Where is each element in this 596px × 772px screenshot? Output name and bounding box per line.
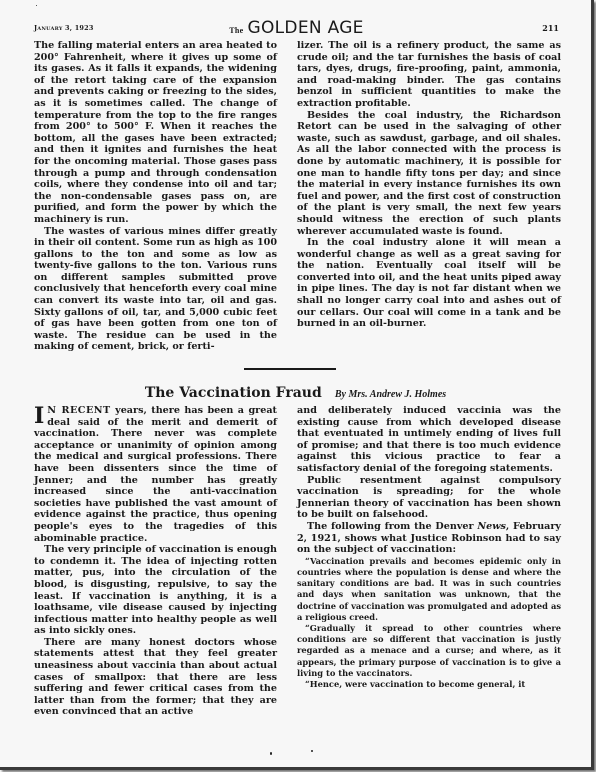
quote-paragraph: “Vaccination prevails and becomes epidem… — [297, 556, 561, 623]
top-article-right-column: lizer. The oil is a refinery product, th… — [297, 40, 561, 330]
drop-cap: I — [34, 406, 44, 426]
page-number: 211 — [542, 23, 559, 33]
opening-paragraph: IN RECENT years, there has been a great … — [34, 405, 277, 544]
paragraph: There are many honest doctors whose stat… — [34, 637, 277, 718]
paragraph: The falling material enters an area heat… — [34, 40, 277, 226]
paragraph: Besides the coal industry, the Richardso… — [297, 110, 561, 238]
section-divider — [244, 368, 336, 370]
opening-text: years, there has been a great deal said … — [34, 405, 277, 544]
paragraph: and deliberately induced vaccinia was th… — [297, 405, 561, 475]
quote-paragraph: “Gradually it spread to other countries … — [297, 623, 561, 679]
scan-speck — [311, 750, 313, 752]
paragraph: In the coal industry alone it will mean … — [297, 237, 561, 330]
opening-caps: N RECENT — [47, 405, 110, 416]
newspaper-name: News — [477, 521, 506, 532]
top-article-left-column: The falling material enters an area heat… — [34, 40, 277, 353]
article-byline: By Mrs. Andrew J. Holmes — [335, 389, 446, 400]
magazine-title: TheGOLDEN AGE — [34, 18, 559, 38]
magazine-title-text: GOLDEN AGE — [248, 18, 364, 38]
magazine-title-prefix: The — [229, 26, 243, 35]
article-left-column: IN RECENT years, there has been a great … — [34, 405, 277, 718]
article-headline: The Vaccination Fraud — [145, 385, 322, 401]
scanned-page: January 3, 1923 TheGOLDEN AGE 211 The fa… — [0, 0, 594, 770]
paragraph: Public resentment against compulsory vac… — [297, 475, 561, 521]
paragraph: The very principle of vaccination is eno… — [34, 544, 277, 637]
paragraph: The wastes of various mines differ great… — [34, 226, 277, 354]
article-heading: The Vaccination Fraud By Mrs. Andrew J. … — [0, 382, 591, 401]
paragraph: lizer. The oil is a refinery product, th… — [297, 40, 561, 110]
scan-speck — [270, 752, 272, 755]
denver-news-intro: The following from the Denver News, Febr… — [297, 521, 561, 556]
quote-paragraph: “Hence, were vaccination to become gener… — [297, 679, 561, 690]
page-header: January 3, 1923 TheGOLDEN AGE 211 — [34, 18, 559, 38]
scan-speck — [36, 5, 37, 6]
article-right-column: and deliberately induced vaccinia was th… — [297, 405, 561, 690]
